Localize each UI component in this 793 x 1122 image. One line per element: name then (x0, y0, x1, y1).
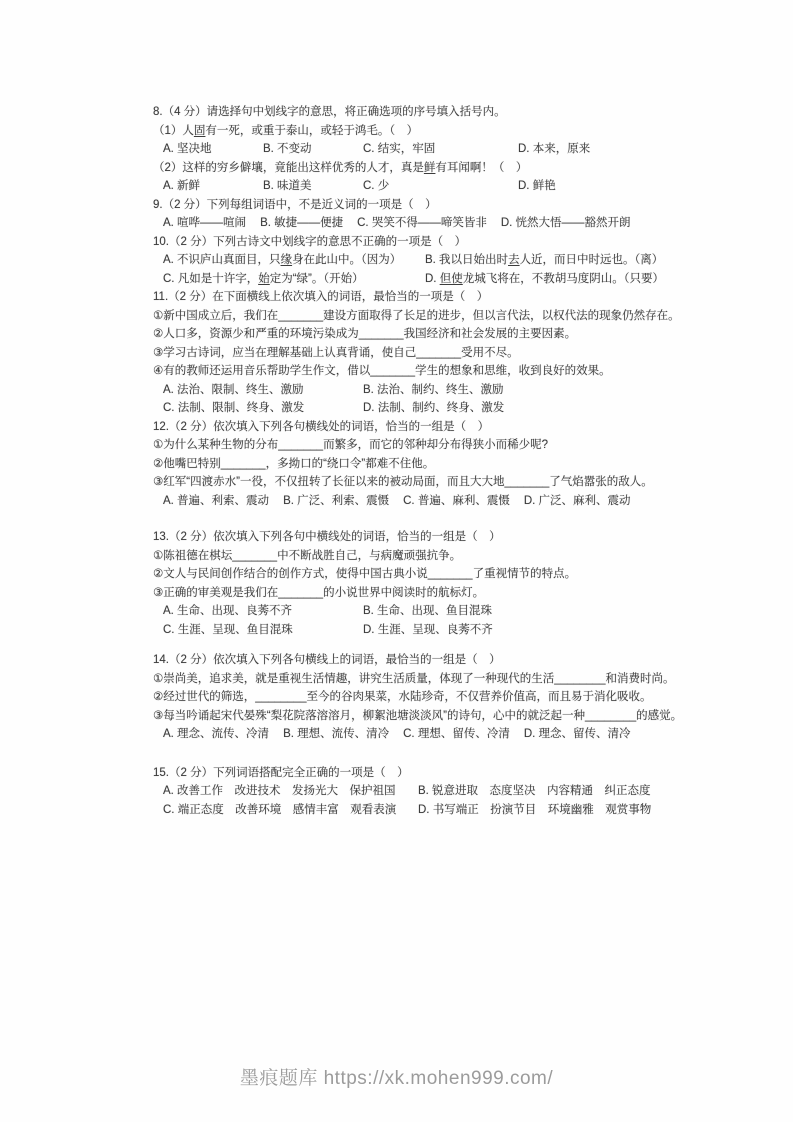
q15-options-row-1: A. 改善工作 改进技术 发扬光大 保护祖国 B. 锐意进取 态度坚决 内容精通… (163, 782, 743, 801)
q14-option-d: D. 理念、留传、清冷 (524, 725, 631, 744)
q10-option-b: B. 我以日始出时去人近，而日中时远也。（离） (425, 251, 743, 270)
q11-option-a: A. 法治、限制、终生、激励 (163, 381, 363, 400)
q14-option-b: B. 理想、流传、清冷 (283, 725, 389, 744)
site-watermark: 墨痕题库 https://xk.mohen999.com/ (0, 1063, 793, 1090)
q9-option-c: C. 哭笑不得——啼笑皆非 (357, 214, 487, 233)
exam-content: 8.（4 分）请选择句中划线字的意思，将正确选项的序号填入括号内。 （1）人固有… (153, 103, 743, 819)
q9-option-d: D. 恍然大悟——豁然开朗 (501, 214, 631, 233)
question-8: 8.（4 分）请选择句中划线字的意思，将正确选项的序号填入括号内。 （1）人固有… (153, 103, 743, 196)
q14-title: 14.（2 分）依次填入下列各句横线上的词语，最恰当的一组是（ ） (153, 651, 743, 670)
q11-sentence-4: ④有的教师还运用音乐帮助学生作文，借以_______学生的想象和思维，收到良好的… (153, 362, 743, 381)
q11-sentence-1: ①新中国成立后，我们在_______建设方面取得了长足的进步，但以言代法，以权代… (153, 307, 743, 326)
q9-option-a: A. 喧哗——喧闹 (163, 214, 246, 233)
q13-sentence-3: ③正确的审美观是我们在_______的小说世界中阅读时的航标灯。 (153, 584, 743, 603)
q13-option-b: B. 生命、出现、鱼目混珠 (363, 602, 743, 621)
q9-options-row: A. 喧哗——喧闹 B. 敏捷——便捷 C. 哭笑不得——啼笑皆非 D. 恍然大… (163, 214, 743, 233)
q15-options-row-2: C. 端正态度 改善环境 感情丰富 观看表演 D. 书写端正 扮演节目 环境幽雅… (163, 801, 743, 820)
q8-options-row-2: A. 新鲜 B. 味道美 C. 少 D. 鲜艳 (163, 177, 743, 196)
q11-options-row-1: A. 法治、限制、终生、激励 B. 法治、制约、终生、激励 (163, 381, 743, 400)
q13-option-d: D. 生涯、呈现、良莠不齐 (363, 621, 743, 640)
q12-option-d: D. 广泛、麻利、震动 (524, 492, 631, 511)
question-9: 9.（2 分）下列每组词语中，不是近义词的一项是（ ） A. 喧哗——喧闹 B.… (153, 196, 743, 233)
q14-sentence-1: ①崇尚美，追求美，就是重视生活情趣，讲究生活质量，体现了一种现代的生活_____… (153, 670, 743, 689)
q11-options-row-2: C. 法制、限制、终身、激发 D. 法制、制约、终身、激发 (163, 399, 743, 418)
q15-option-b: B. 锐意进取 态度坚决 内容精通 纠正态度 (418, 782, 743, 801)
q14-option-a: A. 理念、流传、冷清 (163, 725, 269, 744)
q12-option-b: B. 广泛、利索、震慑 (283, 492, 389, 511)
q15-option-a: A. 改善工作 改进技术 发扬光大 保护祖国 (163, 782, 418, 801)
q14-sentence-3: ③每当吟诵起宋代晏殊“梨花院落溶溶月，柳絮池塘淡淡风”的诗句，心中的就泛起一种_… (153, 707, 743, 726)
q12-option-a: A. 普遍、利索、震动 (163, 492, 269, 511)
q8-option-2b: B. 味道美 (263, 177, 363, 196)
q10-option-d: D. 但使龙城飞将在，不教胡马度阴山。（只要） (425, 270, 743, 289)
q14-option-c: C. 理想、留传、冷清 (403, 725, 510, 744)
q15-option-c: C. 端正态度 改善环境 感情丰富 观看表演 (163, 801, 418, 820)
q11-sentence-3: ③学习古诗词，应当在理解基础上认真背诵，使自己_______受用不尽。 (153, 344, 743, 363)
q11-title: 11.（2 分）在下面横线上依次填入的词语，最恰当的一项是（ ） (153, 288, 743, 307)
q10-option-a: A. 不识庐山真面目，只缘身在此山中。（因为） (163, 251, 425, 270)
q12-sentence-3: ③红军“四渡赤水”一役，不仅扭转了长征以来的被动局面，而且大大地_______了… (153, 473, 743, 492)
q9-title: 9.（2 分）下列每组词语中，不是近义词的一项是（ ） (153, 196, 743, 215)
q12-title: 12.（2 分）依次填入下列各句横线处的词语，恰当的一组是（ ） (153, 418, 743, 437)
q11-sentence-2: ②人口多，资源少和严重的环境污染成为_______我国经济和社会发展的主要因素。 (153, 325, 743, 344)
q8-title: 8.（4 分）请选择句中划线字的意思，将正确选项的序号填入括号内。 (153, 103, 743, 122)
q8-sentence-1: （1）人固有一死，或重于泰山，或轻于鸿毛。（ ） (153, 122, 743, 141)
question-11: 11.（2 分）在下面横线上依次填入的词语，最恰当的一项是（ ） ①新中国成立后… (153, 288, 743, 418)
q8-option-1b: B. 不变动 (263, 140, 363, 159)
q13-sentence-2: ②文人与民间创作结合的创作方式，使得中国古典小说_______了重视情节的特点。 (153, 565, 743, 584)
q13-sentence-1: ①陈祖德在棋坛_______中不断战胜自己，与病魔顽强抗争。 (153, 547, 743, 566)
q8-option-2a: A. 新鲜 (163, 177, 263, 196)
scanned-exam-page: 8.（4 分）请选择句中划线字的意思，将正确选项的序号填入括号内。 （1）人固有… (0, 0, 793, 1122)
q15-option-d: D. 书写端正 扮演节目 环境幽雅 观赏事物 (418, 801, 743, 820)
q8-option-2d: D. 鲜艳 (518, 177, 743, 196)
site-watermark-link[interactable]: 墨痕题库 https://xk.mohen999.com/ (240, 1068, 553, 1089)
question-15: 15.（2 分）下列词语搭配完全正确的一项是（ ） A. 改善工作 改进技术 发… (153, 764, 743, 820)
q11-option-d: D. 法制、制约、终身、激发 (363, 399, 743, 418)
q8-option-1a: A. 坚决地 (163, 140, 263, 159)
q10-title: 10.（2 分）下列古诗文中划线字的意思不正确的一项是（ ） (153, 233, 743, 252)
q12-sentence-1: ①为什么某种生物的分布_______而繁多，而它的邻种却分布得狭小而稀少呢? (153, 436, 743, 455)
q10-options-row-1: A. 不识庐山真面目，只缘身在此山中。（因为） B. 我以日始出时去人近，而日中… (163, 251, 743, 270)
q13-option-a: A. 生命、出现、良莠不齐 (163, 602, 363, 621)
q8-options-row-1: A. 坚决地 B. 不变动 C. 结实，牢固 D. 本来，原来 (163, 140, 743, 159)
q14-sentence-2: ②经过世代的筛选，________至今的谷肉果菜，水陆珍奇，不仅营养价值高，而且… (153, 688, 743, 707)
q13-options-row-2: C. 生涯、呈现、鱼目混珠 D. 生涯、呈现、良莠不齐 (163, 621, 743, 640)
q15-title: 15.（2 分）下列词语搭配完全正确的一项是（ ） (153, 764, 743, 783)
q9-option-b: B. 敏捷——便捷 (260, 214, 343, 233)
q12-option-c: C. 普遍、麻利、震慑 (403, 492, 510, 511)
q10-option-c: C. 凡如是十许字，始定为“绿”。（开始） (163, 270, 425, 289)
question-12: 12.（2 分）依次填入下列各句横线处的词语，恰当的一组是（ ） ①为什么某种生… (153, 418, 743, 511)
question-10: 10.（2 分）下列古诗文中划线字的意思不正确的一项是（ ） A. 不识庐山真面… (153, 233, 743, 289)
q13-title: 13.（2 分）依次填入下列各句中横线处的词语，恰当的一组是（ ） (153, 528, 743, 547)
question-13: 13.（2 分）依次填入下列各句中横线处的词语，恰当的一组是（ ） ①陈祖德在棋… (153, 528, 743, 639)
q14-options-row: A. 理念、流传、冷清 B. 理想、流传、清冷 C. 理想、留传、冷清 D. 理… (163, 725, 743, 744)
q10-options-row-2: C. 凡如是十许字，始定为“绿”。（开始） D. 但使龙城飞将在，不教胡马度阴山… (163, 270, 743, 289)
q11-option-c: C. 法制、限制、终身、激发 (163, 399, 363, 418)
q8-option-1d: D. 本来，原来 (518, 140, 743, 159)
q8-option-1c: C. 结实，牢固 (363, 140, 518, 159)
q13-option-c: C. 生涯、呈现、鱼目混珠 (163, 621, 363, 640)
q11-option-b: B. 法治、制约、终生、激励 (363, 381, 743, 400)
q13-options-row-1: A. 生命、出现、良莠不齐 B. 生命、出现、鱼目混珠 (163, 602, 743, 621)
q8-sentence-2: （2）这样的穷乡僻壤，竟能出这样优秀的人才，真是鲜有耳闻啊！（ ） (153, 159, 743, 178)
q12-options-row: A. 普遍、利索、震动 B. 广泛、利索、震慑 C. 普遍、麻利、震慑 D. 广… (163, 492, 743, 511)
q12-sentence-2: ②他嘴巴特别_______，多拗口的“绕口令”都难不住他。 (153, 455, 743, 474)
question-14: 14.（2 分）依次填入下列各句横线上的词语，最恰当的一组是（ ） ①崇尚美，追… (153, 651, 743, 744)
q8-option-2c: C. 少 (363, 177, 518, 196)
